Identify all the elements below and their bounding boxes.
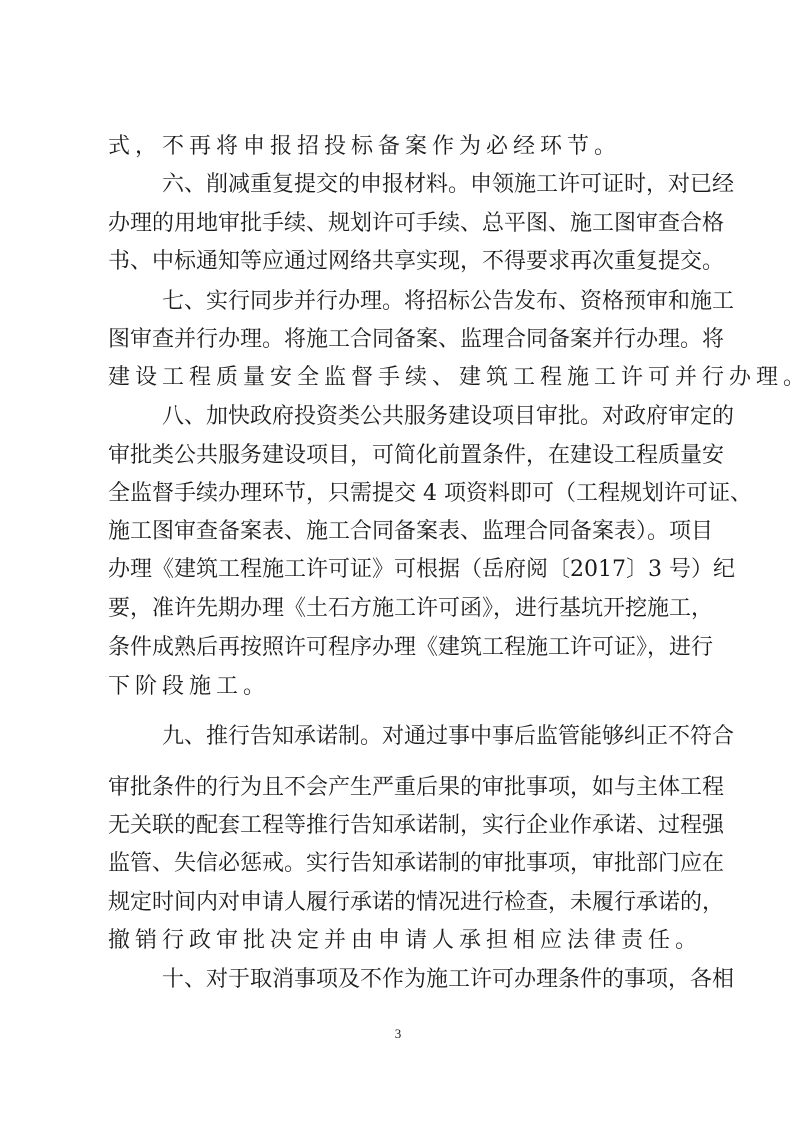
paragraph-10-line: 十、对于取消事项及不作为施工许可办理条件的事项，各相 [162,965,708,995]
paragraph-6-line: 书、中标通知等应通过网络共享实现，不得要求再次重复提交。 [108,247,708,277]
paragraph-6-line: 办理的用地审批手续、规划许可手续、总平图、施工图审查合格 [108,209,708,239]
paragraph-9-line: 审批条件的行为且不会产生严重后果的审批事项，如与主体工程 [108,773,708,803]
paragraph-9-line: 无关联的配套工程等推行告知承诺制，实行企业作承诺、过程强 [108,811,708,841]
paragraph-9-line: 规定时间内对申请人履行承诺的情况进行检查，未履行承诺的， [108,888,708,918]
paragraph-8-line: 施工图审查备案表、施工合同备案表、监理合同备案表）。项目 [108,517,708,547]
paragraph-6-line: 六、削减重复提交的申报材料。申领施工许可证时，对已经 [162,170,708,200]
paragraph-7-line: 七、实行同步并行办理。将招标公告发布、资格预审和施工 [162,287,708,317]
paragraph-9-line: 监管、失信必惩戒。实行告知承诺制的审批事项，审批部门应在 [108,849,708,879]
paragraph-9-line: 九、推行告知承诺制。对通过事中事后监管能够纠正不符合 [162,722,708,752]
paragraph-7-line: 建设工程质量安全监督手续、建筑工程施工许可并行办理。 [108,363,708,393]
paragraph-7-line: 图审查并行办理。将施工合同备案、监理合同备案并行办理。将 [108,325,708,355]
paragraph-8-line: 条件成熟后再按照许可程序办理《建筑工程施工许可证》，进行 [108,633,708,663]
paragraph-8-line: 审批类公共服务建设项目，可简化前置条件，在建设工程质量安 [108,441,708,471]
page-number: 3 [390,1026,406,1042]
paragraph-8-line: 办理《建筑工程施工许可证》可根据（岳府阅〔2017〕3 号）纪 [108,555,708,585]
document-page: 式，不再将申报招投标备案作为必经环节。 六、削减重复提交的申报材料。申领施工许可… [0,0,793,1122]
paragraph-8-line: 全监督手续办理环节，只需提交 4 项资料即可（工程规划许可证、 [108,479,708,509]
text-line: 式，不再将申报招投标备案作为必经环节。 [108,132,708,162]
paragraph-8-line: 八、加快政府投资类公共服务建设项目审批。对政府审定的 [162,402,708,432]
paragraph-8-line: 要，准许先期办理《土石方施工许可函》，进行基坑开挖施工， [108,594,708,624]
paragraph-8-line: 下阶段施工。 [108,672,708,702]
paragraph-9-line: 撤销行政审批决定并由申请人承担相应法律责任。 [108,926,708,956]
